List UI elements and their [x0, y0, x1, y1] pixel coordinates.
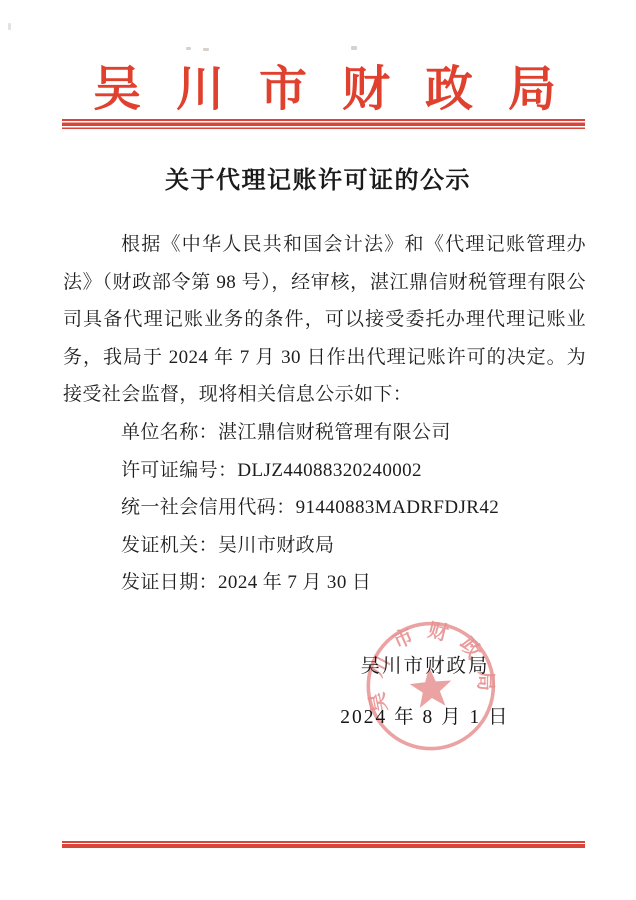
info-value: 2024 年 7 月 30 日	[218, 572, 371, 593]
info-line-credit-code: 统一社会信用代码：91440883MADRFDJR42	[63, 489, 586, 527]
document-body: 根据《中华人民共和国会计法》和《代理记账管理办法》（财政部令第 98 号），经审…	[63, 226, 586, 602]
info-label: 发证日期：	[121, 572, 218, 593]
info-label: 统一社会信用代码：	[121, 497, 296, 518]
info-label: 发证机关：	[121, 535, 218, 556]
signature-issuer: 吴川市财政局	[325, 650, 525, 678]
info-value: DLJZ44088320240002	[237, 460, 422, 481]
letterhead-agency-name: 吴川市财政局	[93, 64, 591, 116]
scan-speck	[8, 23, 11, 30]
info-label: 许可证编号：	[121, 460, 237, 481]
footer-separator-rule	[62, 841, 585, 848]
document-title: 关于代理记账许可证的公示	[0, 160, 636, 195]
info-line-license-number: 许可证编号：DLJZ44088320240002	[63, 452, 586, 490]
info-label: 单位名称：	[121, 422, 218, 443]
signature-block: 吴川市财政局 2024 年 8 月 1 日	[325, 650, 525, 729]
scan-speck	[351, 46, 357, 50]
scan-speck	[186, 47, 191, 50]
info-value: 91440883MADRFDJR42	[296, 497, 500, 518]
info-value: 湛江鼎信财税管理有限公司	[218, 422, 451, 443]
info-value: 吴川市财政局	[218, 535, 334, 556]
letterhead-separator-rule	[62, 119, 585, 129]
info-line-unit-name: 单位名称：湛江鼎信财税管理有限公司	[63, 414, 586, 452]
info-line-issue-date: 发证日期：2024 年 7 月 30 日	[63, 564, 586, 602]
body-paragraph: 根据《中华人民共和国会计法》和《代理记账管理办法》（财政部令第 98 号），经审…	[63, 226, 586, 414]
info-line-issuing-authority: 发证机关：吴川市财政局	[63, 527, 586, 565]
signature-date: 2024 年 8 月 1 日	[325, 701, 525, 729]
scan-speck	[203, 48, 209, 51]
scanned-document-page: 吴川市财政局 关于代理记账许可证的公示 根据《中华人民共和国会计法》和《代理记账…	[0, 0, 636, 900]
